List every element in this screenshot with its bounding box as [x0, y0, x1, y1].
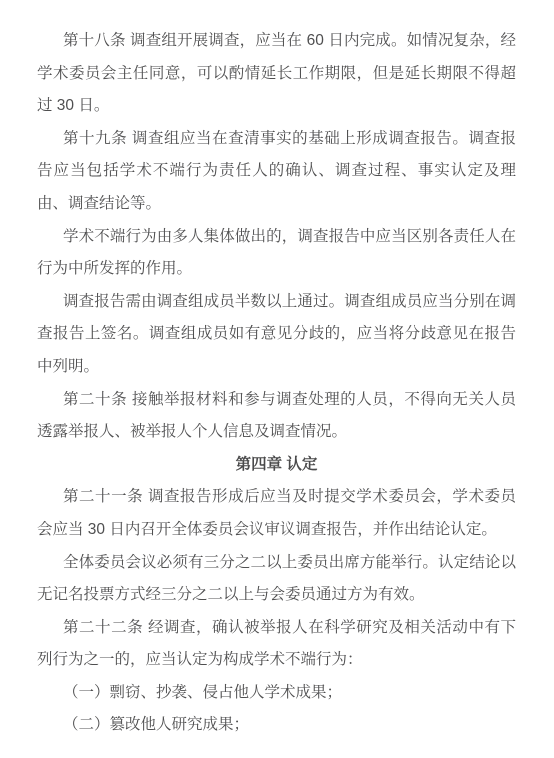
para-article-18: 第十八条 调查组开展调查，应当在 60 日内完成。如情况复杂，经学术委员会主任同…: [37, 25, 516, 123]
para-article-21: 第二十一条 调查报告形成后应当及时提交学术委员会，学术委员会应当 30 日内召开…: [37, 481, 516, 546]
para-article-20: 第二十条 接触举报材料和参与调查处理的人员，不得向无关人员透露举报人、被举报人个…: [37, 384, 516, 449]
document-body: 第十八条 调查组开展调查，应当在 60 日内完成。如情况复杂，经学术委员会主任同…: [37, 25, 516, 742]
para-article-19-clause-2: 学术不端行为由多人集体做出的，调查报告中应当区别各责任人在行为中所发挥的作用。: [37, 221, 516, 286]
para-article-19-clause-3: 调查报告需由调查组成员半数以上通过。调查组成员应当分别在调查报告上签名。调查组成…: [37, 286, 516, 384]
para-article-19: 第十九条 调查组应当在查清事实的基础上形成调查报告。调查报告应当包括学术不端行为…: [37, 123, 516, 221]
document-page: 第十八条 调查组开展调查，应当在 60 日内完成。如情况复杂，经学术委员会主任同…: [0, 0, 554, 758]
para-article-21-clause-2: 全体委员会议必须有三分之二以上委员出席方能举行。认定结论以无记名投票方式经三分之…: [37, 547, 516, 612]
para-article-22: 第二十二条 经调查，确认被举报人在科学研究及相关活动中有下列行为之一的，应当认定…: [37, 612, 516, 677]
list-item-2: （二）篡改他人研究成果；: [37, 709, 516, 742]
chapter-4-heading: 第四章 认定: [37, 449, 516, 482]
list-item-1: （一）剽窃、抄袭、侵占他人学术成果；: [37, 677, 516, 710]
